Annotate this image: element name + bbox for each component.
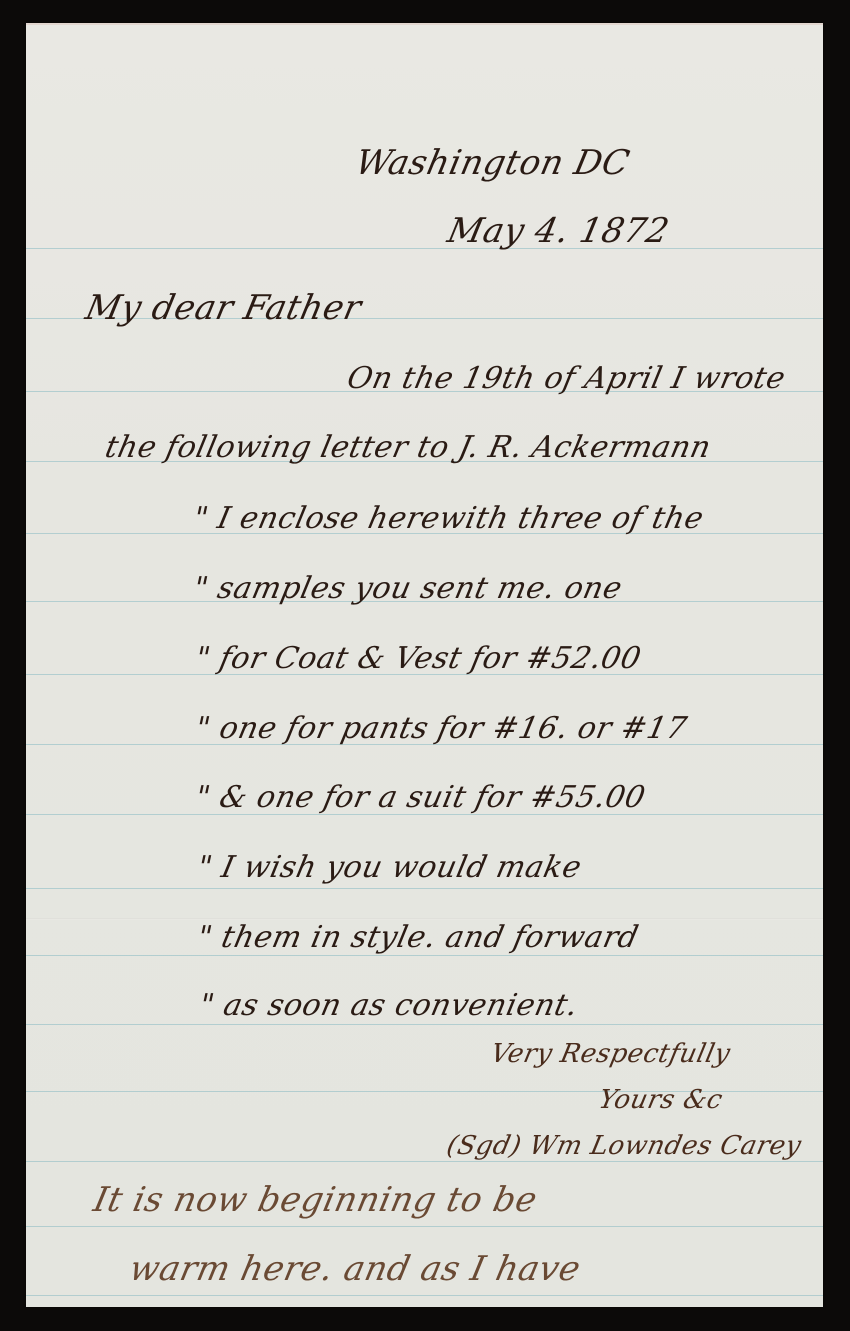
letter-body-line: " I enclose herewith three of the <box>190 501 707 536</box>
letter-body-line: " & one for a suit for #55.00 <box>192 780 649 815</box>
letter-continuation-line: warm here. and as I have <box>126 1249 584 1289</box>
letter-closing: Yours &c <box>596 1085 725 1115</box>
letter-body-line: the following letter to J. R. Ackermann <box>102 430 714 465</box>
ruled-line <box>26 1161 823 1162</box>
ruled-line <box>26 248 823 249</box>
ruled-line <box>26 1295 823 1296</box>
letter-signature: (Sgd) Wm Lowndes Carey <box>444 1131 804 1161</box>
ruled-line <box>26 888 823 889</box>
letter-continuation-line: It is now beginning to be <box>90 1180 541 1220</box>
ruled-line <box>26 955 823 956</box>
letter-body-line: " I wish you would make <box>194 850 585 885</box>
letter-date: May 4. 1872 <box>444 211 673 251</box>
ruled-line <box>26 1024 823 1025</box>
letter-body-line: " samples you sent me. one <box>190 571 625 606</box>
letter-body-line: " as soon as convenient. <box>196 988 581 1023</box>
letter-place: Washington DC <box>352 143 633 183</box>
letter-salutation: My dear Father <box>82 288 365 328</box>
letter-body-line: " them in style. and forward <box>194 920 642 955</box>
letter-body-line: On the 19th of April I wrote <box>344 361 789 396</box>
ruled-line <box>26 1226 823 1227</box>
letter-body-line: " one for pants for #16. or #17 <box>192 711 690 746</box>
letter-body-line: " for Coat & Vest for #52.00 <box>192 641 644 676</box>
scan-background: Washington DC May 4. 1872 My dear Father… <box>0 0 850 1331</box>
letter-closing: Very Respectfully <box>488 1039 733 1069</box>
letter-page: Washington DC May 4. 1872 My dear Father… <box>26 23 823 1307</box>
